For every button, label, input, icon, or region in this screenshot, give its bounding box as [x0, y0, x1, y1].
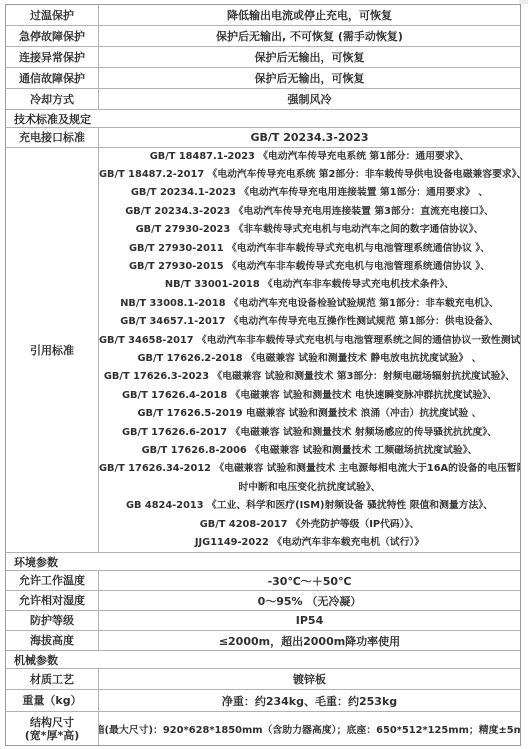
standard-line: GB/T 17626.6-2017 《电磁兼容 试验和测量技术 射频场感应的传导… [99, 424, 520, 442]
spec-row: 海拔高度≤2000m，超出2000m降功率使用 [6, 631, 520, 651]
spec-value: 0～95% （无冷凝） [99, 591, 520, 610]
standard-line: GB/T 17626.8-2006 《电磁兼容 试验和测量技术 工频磁场抗扰度试… [99, 442, 520, 460]
spec-value: GB/T 20234.3-2023 [99, 128, 520, 147]
spec-row: 材质工艺镀锌板 [6, 669, 520, 690]
spec-label: 允许工作温度 [6, 571, 99, 590]
spec-table: 过温保护降低输出电流或停止充电，可恢复急停故障保护保护后无输出, 不可恢复 (需… [5, 4, 521, 746]
spec-value: -30℃～＋50℃ [99, 571, 520, 590]
standard-line: GB/T 17626.3-2023 《电磁兼容 试验和测量技术 第3部分：射频电… [99, 368, 520, 386]
standard-line: GB/T 17626.2-2018 《电磁兼容 试验和测量技术 静电放电抗扰度试… [99, 350, 520, 368]
spec-value: 机箱(最大尺寸)：920*628*1850mm（含助力器高度）；底座：650*5… [99, 712, 520, 745]
spec-value: 保护后无输出，可恢复 [99, 47, 520, 67]
spec-row: 过温保护降低输出电流或停止充电，可恢复 [6, 5, 520, 26]
standard-line: GB/T 27930-2015 《电动汽车非车载传导式充电机与电池管理系统通信协… [99, 258, 520, 276]
standard-line: GB/T 18487.2-2017 《电动汽车传导充电系统 第2部分：非车载传导… [99, 166, 520, 184]
spec-row: 允许相对湿度0～95% （无冷凝） [6, 591, 520, 611]
spec-value: IP54 [99, 611, 520, 630]
spec-label: 急停故障保护 [6, 26, 99, 46]
spec-row: 重量（kg）净重：约234kg、毛重：约253kg [6, 690, 520, 712]
section-header-standards-header: 技术标准及规定 [6, 110, 520, 128]
spec-label: 过温保护 [6, 5, 99, 25]
spec-value: 强制风冷 [99, 89, 520, 109]
standard-line: GB/T 27930-2011 《电动汽车非车载传导式充电机与电池管理系统通信协… [99, 240, 520, 258]
spec-label: 海拔高度 [6, 631, 99, 650]
spec-row: 结构尺寸(宽*厚*高)机箱(最大尺寸)：920*628*1850mm（含助力器高… [6, 712, 520, 745]
standard-line: GB/T 27930-2023 《非车载传导式充电机与电动汽车之间的数字通信协议… [99, 221, 520, 239]
section-header-environment-header: 环境参数 [6, 553, 520, 571]
standard-line: 时中断和电压变化抗扰度试验》、 [99, 479, 520, 497]
spec-label: 连接异常保护 [6, 47, 99, 67]
spec-label: 通信故障保护 [6, 68, 99, 88]
section-mechanical: 材质工艺镀锌板重量（kg）净重：约234kg、毛重：约253kg结构尺寸(宽*厚… [6, 669, 520, 745]
spec-value: 降低输出电流或停止充电，可恢复 [99, 5, 520, 25]
page-edge-artifact [519, 0, 528, 4]
standard-line: GB/T 18487.1-2023 《电动汽车传导充电系统 第1部分：通用要求》… [99, 148, 520, 166]
spec-row: 通信故障保护保护后无输出，可恢复 [6, 68, 520, 89]
page: { "table": { "sections": [ { "type": "ro… [0, 0, 528, 749]
spec-value: 保护后无输出，可恢复 [99, 68, 520, 88]
standard-line: NB/T 33008.1-2018 《电动汽车充电设备检验试验规范 第1部分：非… [99, 295, 520, 313]
spec-row: 冷却方式强制风冷 [6, 89, 520, 110]
section-header-mechanical-header: 机械参数 [6, 651, 520, 669]
spec-label-line: (宽*厚*高) [25, 729, 80, 742]
standard-line: GB/T 20234.1-2023 《电动汽车传导充电用连接装置 第1部分：通用… [99, 184, 520, 202]
spec-value: GB/T 18487.1-2023 《电动汽车传导充电系统 第1部分：通用要求》… [99, 148, 520, 552]
spec-label-line: 结构尺寸 [30, 716, 74, 729]
standard-line: JJG1149-2022 《电动汽车非车载充电机（试行）》 [99, 534, 520, 552]
standard-line: GB 4824-2013 《工业、科学和医疗(ISM)射频设备 骚扰特性 限值和… [99, 497, 520, 515]
spec-label: 结构尺寸(宽*厚*高) [6, 712, 99, 745]
spec-label: 防护等级 [6, 611, 99, 630]
standard-line: GB/T 17626.5-2019 电磁兼容 试验和测量技术 浪涌（冲击）抗扰度… [99, 405, 520, 423]
standard-line: GB/T 20234.3-2023 《电动汽车传导充电用连接装置 第3部分：直流… [99, 203, 520, 221]
spec-row: 允许工作温度-30℃～＋50℃ [6, 571, 520, 591]
standard-line: GB/T 34657.1-2017 《电动汽车传导充电互操作性测试规范 第1部分… [99, 313, 520, 331]
section-environment: 允许工作温度-30℃～＋50℃允许相对湿度0～95% （无冷凝）防护等级IP54… [6, 571, 520, 651]
spec-label: 重量（kg） [6, 690, 99, 711]
spec-value: 保护后无输出, 不可恢复 (需手动恢复) [99, 26, 520, 46]
section-protection: 过温保护降低输出电流或停止充电，可恢复急停故障保护保护后无输出, 不可恢复 (需… [6, 5, 520, 110]
spec-value: 净重：约234kg、毛重：约253kg [99, 690, 520, 711]
standard-line: NB/T 33001-2018 《电动汽车非车载传导式充电机技术条件》、 [99, 276, 520, 294]
standard-line: GB/T 4208-2017 《外壳防护等级（IP代码）》、 [99, 516, 520, 534]
spec-value: 镀锌板 [99, 669, 520, 689]
spec-row: 引用标准GB/T 18487.1-2023 《电动汽车传导充电系统 第1部分：通… [6, 148, 520, 553]
standard-line: GB/T 17626.4-2018 《电磁兼容 试验和测量技术 电快速瞬变脉冲群… [99, 387, 520, 405]
standard-line: GB/T 34658-2017 《电动汽车非车载传导式充电机与电池管理系统之间的… [99, 332, 520, 350]
spec-label: 材质工艺 [6, 669, 99, 689]
spec-value: ≤2000m，超出2000m降功率使用 [99, 631, 520, 650]
spec-label: 冷却方式 [6, 89, 99, 109]
section-cited-standards: 引用标准GB/T 18487.1-2023 《电动汽车传导充电系统 第1部分：通… [6, 148, 520, 553]
spec-label: 允许相对湿度 [6, 591, 99, 610]
section-interface: 充电接口标准GB/T 20234.3-2023 [6, 128, 520, 148]
spec-label: 充电接口标准 [6, 128, 99, 147]
spec-row: 急停故障保护保护后无输出, 不可恢复 (需手动恢复) [6, 26, 520, 47]
spec-label: 引用标准 [6, 148, 99, 552]
spec-row: 连接异常保护保护后无输出，可恢复 [6, 47, 520, 68]
standard-line: GB/T 17626.34-2012 《电磁兼容 试验和测量技术 主电源每相电流… [99, 460, 520, 478]
spec-row: 防护等级IP54 [6, 611, 520, 631]
spec-row: 充电接口标准GB/T 20234.3-2023 [6, 128, 520, 148]
